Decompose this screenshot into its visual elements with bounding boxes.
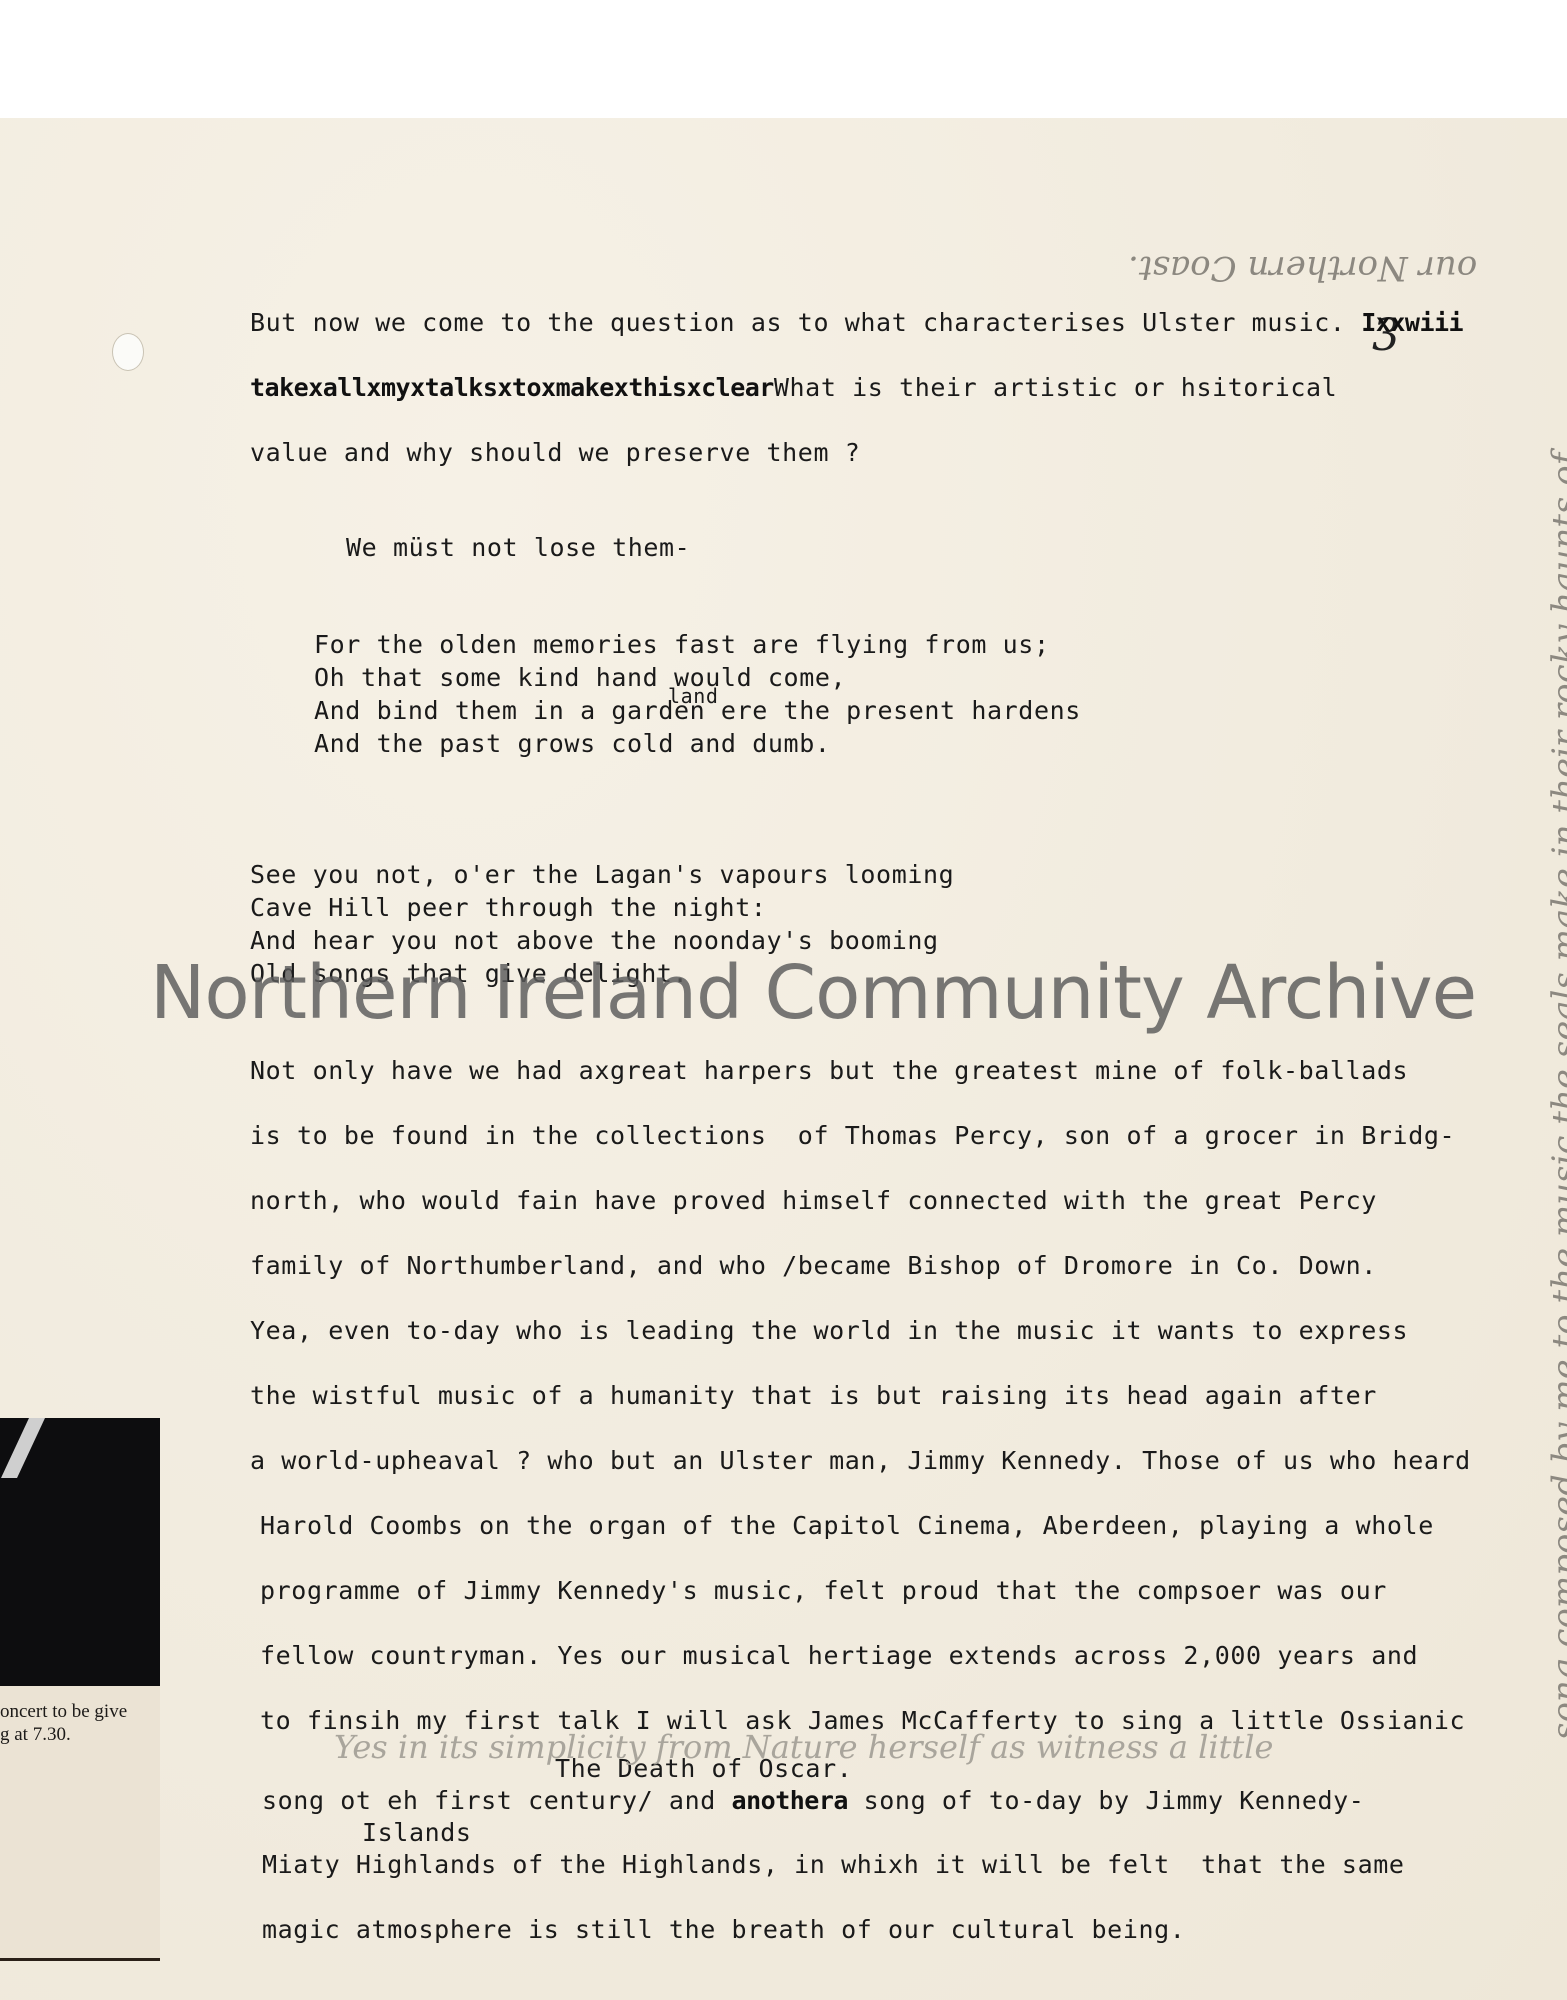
struck-text: takexallxmyxtalksxtoxmakexthisxclear [250, 373, 774, 402]
paragraph-2-line-8: Harold Coombs on the organ of the Capito… [260, 1511, 1434, 1540]
paragraph-2-line-3: north, who would fain have proved himsel… [250, 1186, 1377, 1215]
newspaper-clipping: oncert to be give g at 7.30. [0, 1418, 160, 1961]
poem-1-line-2: Oh that some kind hand would come, [314, 663, 846, 692]
handwritten-note-top: our Northern Coast. [1128, 248, 1477, 288]
paragraph-1-line-3: value and why should we preserve them ? [250, 438, 860, 467]
paragraph-2-line-9: programme of Jimmy Kennedy's music, felt… [260, 1576, 1387, 1605]
final-line: magic atmosphere is still the breath of … [262, 1915, 1185, 1944]
poem-2-line-1: See you not, o'er the Lagan's vapours lo… [250, 860, 954, 889]
paragraph-2-line-10: fellow countryman. Yes our musical herti… [260, 1641, 1418, 1670]
paragraph-2-line-4: family of Northumberland, and who /becam… [250, 1251, 1377, 1280]
struck-text: Ixxwiii [1361, 308, 1463, 337]
handwritten-note-overlay: Yes in its simplicity from Nature hersel… [334, 1728, 1273, 1766]
paragraph-2-line-5: Yea, even to-day who is leading the worl… [250, 1316, 1408, 1345]
document-page: our Northern Coast. 3 But now we come to… [0, 118, 1567, 2000]
text: But now we come to the question as to wh… [250, 308, 1361, 337]
paragraph-1-line-1: But now we come to the question as to wh… [250, 308, 1463, 337]
clipping-photo [0, 1418, 160, 1686]
poem-2-line-2: Cave Hill peer through the night: [250, 893, 767, 922]
clipping-caption: oncert to be give g at 7.30. [0, 1700, 127, 1746]
punch-hole [112, 333, 144, 371]
text: song ot eh first century/ and [262, 1786, 732, 1815]
text: song of to-day by Jimmy Kennedy- [848, 1786, 1365, 1815]
caption-line-2: g at 7.30. [0, 1724, 71, 1745]
intro-line: We müst not lose them- [346, 533, 690, 562]
poem-1-line-4: And the past grows cold and dumb. [314, 729, 831, 758]
poem-1-line-1: For the olden memories fast are flying f… [314, 630, 1050, 659]
misty-highlands-line: Miaty Highlands of the Highlands, in whi… [262, 1850, 1405, 1879]
paragraph-1-line-2: takexallxmyxtalksxtoxmakexthisxclearWhat… [250, 373, 1337, 402]
song-line: song ot eh first century/ and anothera s… [262, 1786, 1364, 1815]
paragraph-2-line-1: Not only have we had axgreat harpers but… [250, 1056, 1408, 1085]
paragraph-2-line-2: is to be found in the collections of Tho… [250, 1121, 1455, 1150]
text: What is their artistic or hsitorical [774, 373, 1337, 402]
struck-text: anothera [732, 1786, 848, 1815]
poem-1-line-3: And bind them in a garden ere the presen… [314, 696, 1081, 725]
handwritten-note-margin: song composed by me to the music the sea… [1545, 453, 1567, 1740]
photo-detail [1, 1418, 45, 1478]
paragraph-2-line-7: a world-upheaval ? who but an Ulster man… [250, 1446, 1471, 1475]
caption-line-1: oncert to be give [0, 1701, 127, 1722]
archive-watermark: Northern Ireland Community Archive [150, 950, 1476, 1036]
paragraph-2-line-6: the wistful music of a humanity that is … [250, 1381, 1377, 1410]
insert-islands: Islands [362, 1818, 472, 1847]
